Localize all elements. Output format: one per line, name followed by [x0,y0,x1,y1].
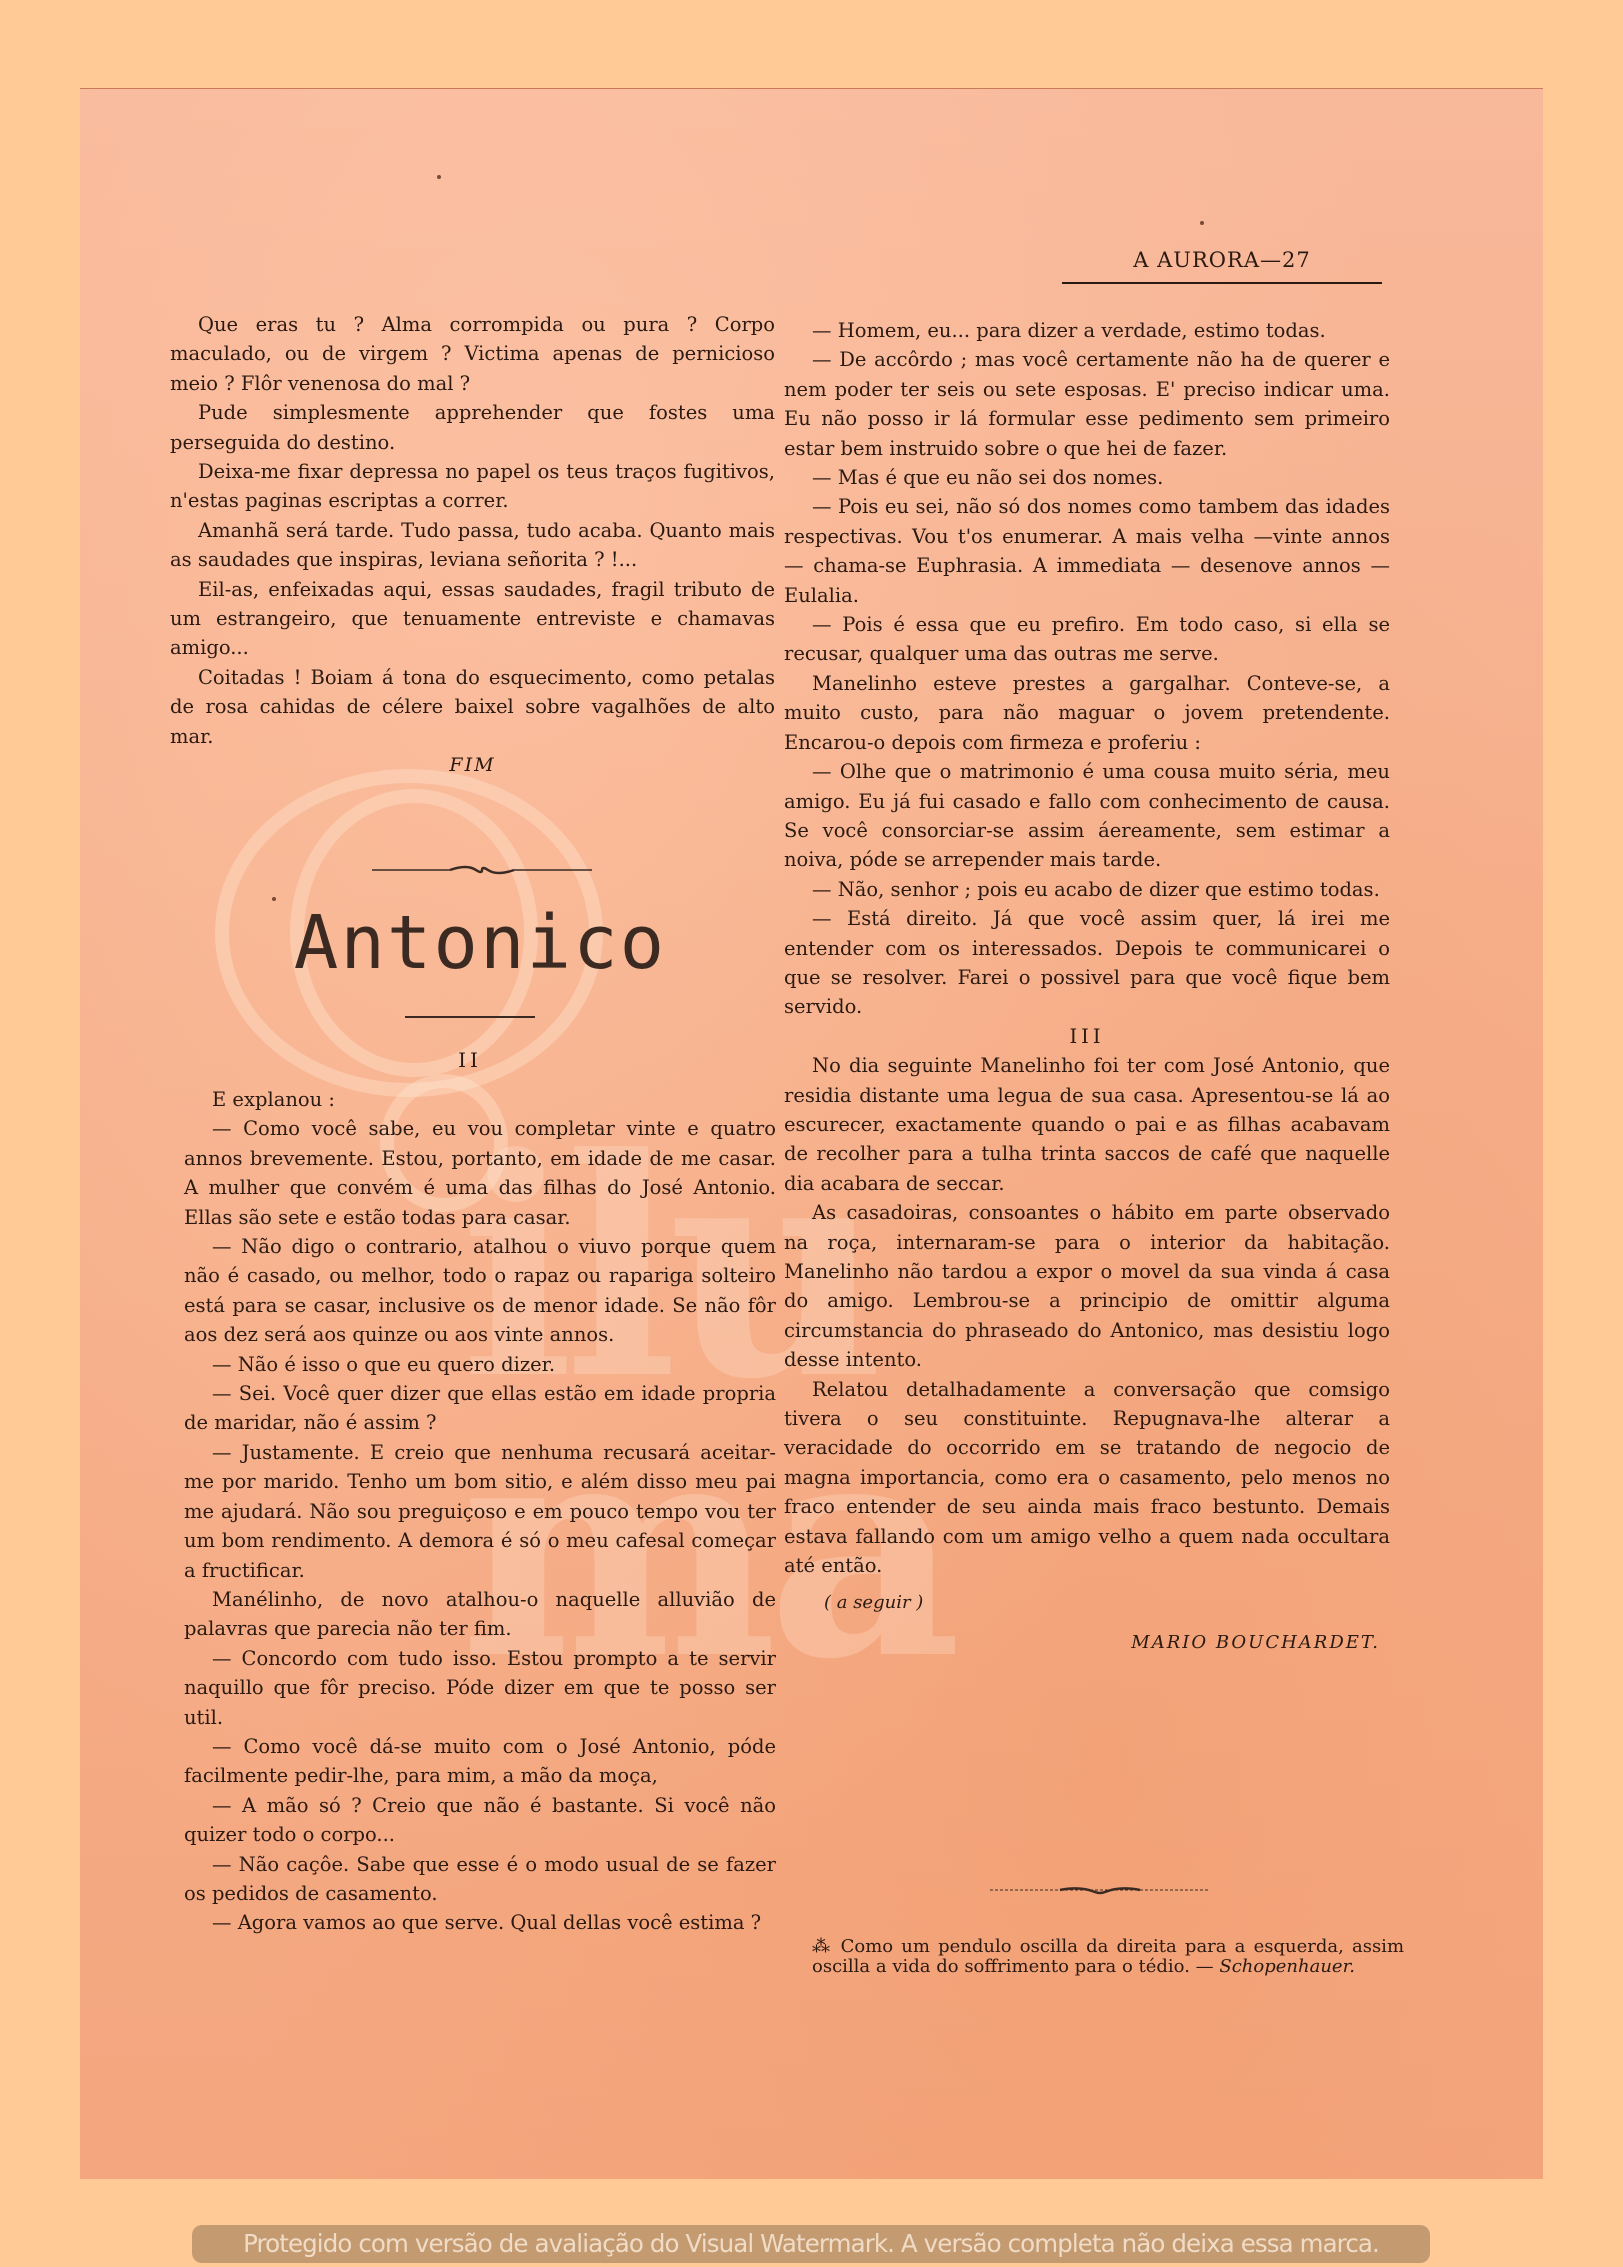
dialogue-paragraph: Manelinho esteve prestes a gargalhar. Co… [784,669,1390,757]
dialogue-paragraph: — Não caçôe. Sabe que esse é o modo usua… [184,1850,776,1909]
end-mark: FIM [170,751,775,780]
dialogue-paragraph: — Justamente. E creio que nenhuma recusa… [184,1438,776,1585]
dialogue-paragraph: — A mão só ? Creio que não é bastante. S… [184,1791,776,1850]
paragraph: Amanhã será tarde. Tudo passa, tudo acab… [170,516,775,575]
ink-fleck [437,175,441,179]
epigraph-author: Schopenhauer. [1219,1956,1355,1977]
asterism-icon: ⁂ [812,1936,832,1957]
running-title: A AURORA—27 [1062,248,1382,272]
author-signature: MARIO BOUCHARDET. [784,1628,1390,1657]
dialogue-paragraph: E explanou : [184,1085,776,1114]
epigraph-quote: ⁂ Como um pendulo oscilla da direita par… [812,1937,1404,1977]
dialogue-paragraph: — Está direito. Já que você assim quer, … [784,904,1390,1022]
dialogue-paragraph: — Pois eu sei, não só dos nomes como tam… [784,492,1390,610]
to-be-continued: ( a seguir ) [784,1588,1390,1617]
ink-fleck [1200,221,1204,225]
paragraph: Deixa-me fixar depressa no papel os teus… [170,457,775,516]
dialogue-paragraph: — Olhe que o matrimonio é uma cousa muit… [784,757,1390,875]
ornament-divider [372,862,592,878]
dialogue-paragraph: — Não é isso o que eu quero dizer. [184,1350,776,1379]
paragraph: Pude simplesmente apprehender que fostes… [170,398,775,457]
dialogue-paragraph: — Agora vamos ao que serve. Qual dellas … [184,1908,776,1937]
story-title: Antonico [290,900,670,986]
dialogue-paragraph: — Sei. Você quer dizer que ellas estão e… [184,1379,776,1438]
left-column-prose: Que eras tu ? Alma corrompida ou pura ? … [170,310,775,781]
paragraph: Coitadas ! Boiam á tona do esquecimento,… [170,663,775,751]
dialogue-paragraph: — Homem, eu... para dizer a verdade, est… [784,316,1390,345]
header-rule [1062,282,1382,284]
paragraph: As casadoiras, consoantes o hábito em pa… [784,1198,1390,1374]
ornament-divider-small [990,1884,1210,1896]
paragraph: Eil-as, enfeixadas aqui, essas saudades,… [170,575,775,663]
ink-fleck [272,897,276,901]
dialogue-paragraph: — Como você dá-se muito com o José Anton… [184,1732,776,1791]
watermark-notice: Protegido com versão de avaliação do Vis… [192,2225,1430,2263]
dialogue-paragraph: Manélinho, de novo atalhou-o naquelle al… [184,1585,776,1644]
dialogue-paragraph: — Como você sabe, eu vou completar vinte… [184,1114,776,1232]
dialogue-paragraph: — Não, senhor ; pois eu acabo de dizer q… [784,875,1390,904]
paragraph: Relatou detalhadamente a conversação que… [784,1375,1390,1581]
dialogue-paragraph: — Concordo com tudo isso. Estou prompto … [184,1644,776,1732]
left-column-section-ii: E explanou :— Como você sabe, eu vou com… [184,1085,776,1938]
section-number-ii: II [440,1048,500,1072]
paragraph: No dia seguinte Manelinho foi ter com Jo… [784,1051,1390,1198]
dialogue-paragraph: — Pois é essa que eu prefiro. Em todo ca… [784,610,1390,669]
title-rule [405,1016,535,1018]
right-column: — Homem, eu... para dizer a verdade, est… [784,316,1390,1657]
dialogue-paragraph: — De accôrdo ; mas você certamente não h… [784,345,1390,463]
dialogue-paragraph: — Não digo o contrario, atalhou o viuvo … [184,1232,776,1350]
dialogue-paragraph: — Mas é que eu não sei dos nomes. [784,463,1390,492]
section-number-iii: III [784,1022,1390,1051]
paragraph: Que eras tu ? Alma corrompida ou pura ? … [170,310,775,398]
